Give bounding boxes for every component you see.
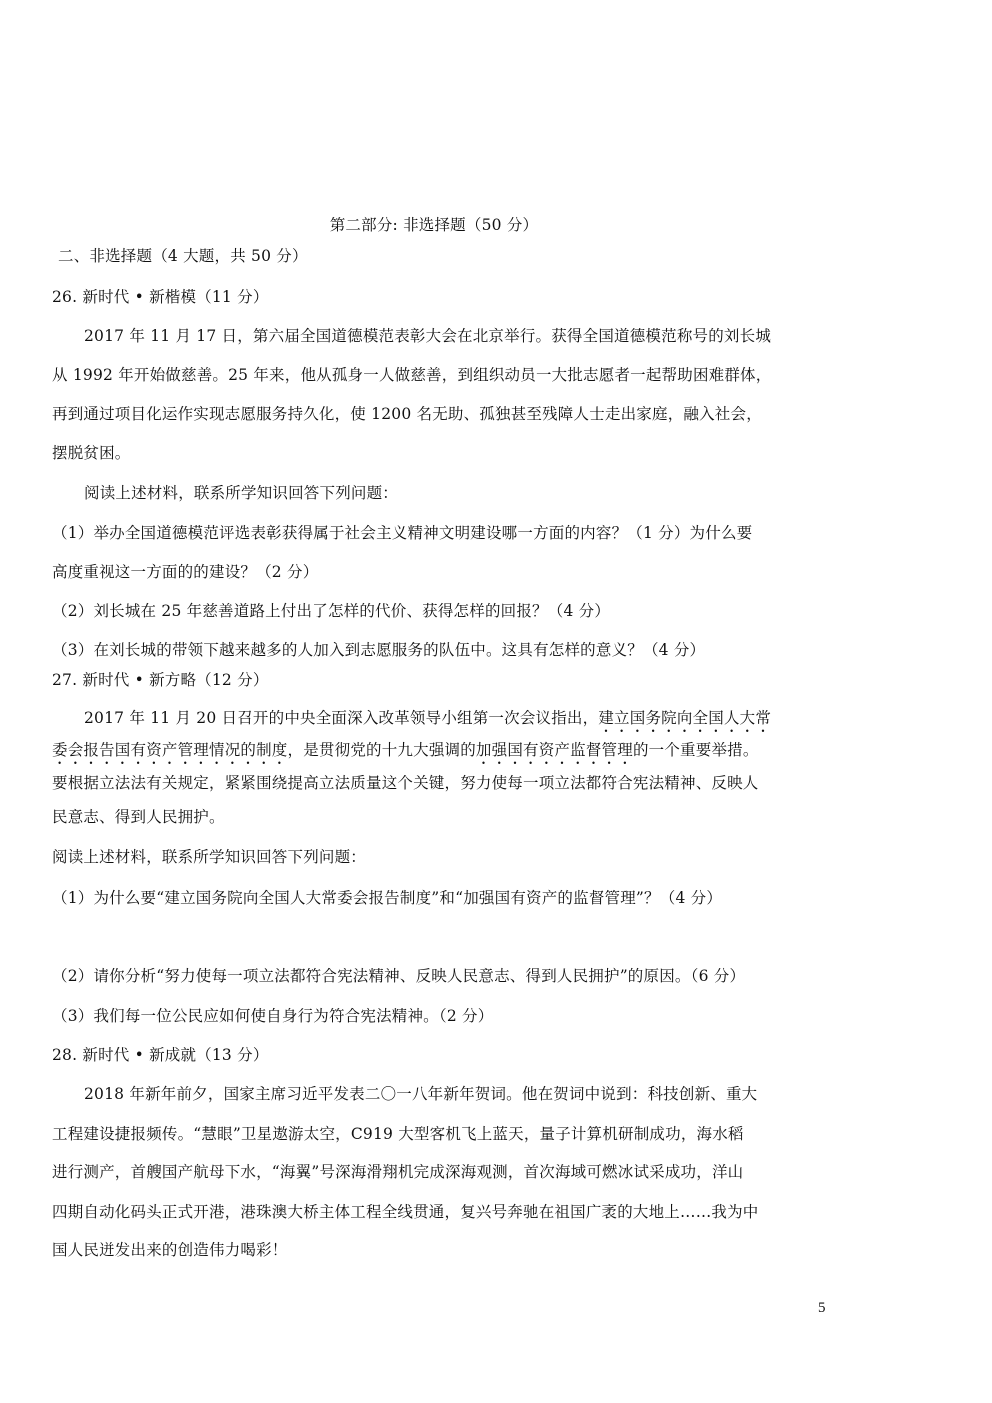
question-28-material-line-4: 四期自动化码头正式开港，港珠澳大桥主体工程全线贯通，复兴号奔驰在祖国广袤的大地上… xyxy=(52,1202,832,1222)
question-27-material-line-4: 民意志、得到人民拥护。 xyxy=(52,807,832,827)
question-26-sub-1: （1）举办全国道德模范评选表彰获得属于社会主义精神文明建设哪一方面的内容？（1 … xyxy=(52,523,832,543)
question-26-instruction: 阅读上述材料，联系所学知识回答下列问题： xyxy=(84,483,832,503)
question-27-material-line-1: 2017 年 11 月 20 日召开的中央全面深入改革领导小组第一次会议指出，建… xyxy=(84,708,832,736)
question-27-material-line-3: 要根据立法法有关规定，紧紧围绕提高立法质量这个关键，努力使每一项立法都符合宪法精… xyxy=(52,773,832,793)
question-27-sub-1: （1）为什么要“建立国务院向全国人大常委会报告制度”和“加强国有资产的监督管理”… xyxy=(52,888,832,908)
emphasized-text: 加强国有资产监督管理 xyxy=(476,741,633,759)
question-26-sub-2: （2）刘长城在 25 年慈善道路上付出了怎样的代价、获得怎样的回报？（4 分） xyxy=(52,601,832,621)
question-28-title: 28. 新时代 • 新成就（13 分） xyxy=(52,1045,832,1065)
section-header: 二、非选择题（4 大题，共 50 分） xyxy=(58,246,838,266)
question-28-material-line-1: 2018 年新年前夕，国家主席习近平发表二〇一八年新年贺词。他在贺词中说到：科技… xyxy=(84,1084,832,1104)
question-28-material-line-2: 工程建设捷报频传。“慧眼”卫星遨游太空，C919 大型客机飞上蓝天，量子计算机研… xyxy=(52,1124,832,1144)
question-26-material-line-1: 2017 年 11 月 17 日，第六届全国道德模范表彰大会在北京举行。获得全国… xyxy=(84,326,832,346)
question-26-material-line-3: 再到通过项目化运作实现志愿服务持久化，使 1200 名无助、孤独甚至残障人士走出… xyxy=(52,404,832,424)
question-28-material-line-5: 国人民迸发出来的创造伟力喝彩！ xyxy=(52,1240,832,1260)
question-27-material-plain: ，是贯彻党的十九大强调的 xyxy=(288,741,476,759)
question-27-title: 27. 新时代 • 新方略（12 分） xyxy=(52,670,832,690)
part-title: 第二部分: 非选择题（50 分） xyxy=(0,215,868,235)
question-28-material-line-3: 进行测产，首艘国产航母下水，“海翼”号深海滑翔机完成深海观测，首次海域可燃冰试采… xyxy=(52,1162,832,1182)
page-number: 5 xyxy=(818,1300,826,1317)
question-27-material-plain: 的一个重要举措。 xyxy=(633,741,759,759)
question-26-sub-3: （3）在刘长城的带领下越来越多的人加入到志愿服务的队伍中。这具有怎样的意义？（4… xyxy=(52,640,832,660)
question-26-material-line-4: 摆脱贫困。 xyxy=(52,443,832,463)
emphasized-text: 委会报告国有资产管理情况的制度 xyxy=(52,741,288,759)
exam-page: 第二部分: 非选择题（50 分） 二、非选择题（4 大题，共 50 分） 26.… xyxy=(0,0,992,1403)
question-26-title: 26. 新时代 • 新楷模（11 分） xyxy=(52,287,832,307)
question-27-instruction: 阅读上述材料，联系所学知识回答下列问题： xyxy=(52,847,832,867)
question-27-sub-3: （3）我们每一位公民应如何使自身行为符合宪法精神。（2 分） xyxy=(52,1006,832,1026)
question-27-sub-2: （2）请你分析“努力使每一项立法都符合宪法精神、反映人民意志、得到人民拥护”的原… xyxy=(52,966,832,986)
question-27-material-plain: 2017 年 11 月 20 日召开的中央全面深入改革领导小组第一次会议指出， xyxy=(84,709,598,727)
emphasized-text: 建立国务院向全国人大常 xyxy=(598,709,771,727)
question-27-material-line-2: 委会报告国有资产管理情况的制度，是贯彻党的十九大强调的加强国有资产监督管理的一个… xyxy=(52,740,832,768)
question-26-material-line-2: 从 1992 年开始做慈善。25 年来，他从孤身一人做慈善，到组织动员一大批志愿… xyxy=(52,365,832,385)
question-26-sub-1-cont: 高度重视这一方面的的建设？（2 分） xyxy=(52,562,832,582)
